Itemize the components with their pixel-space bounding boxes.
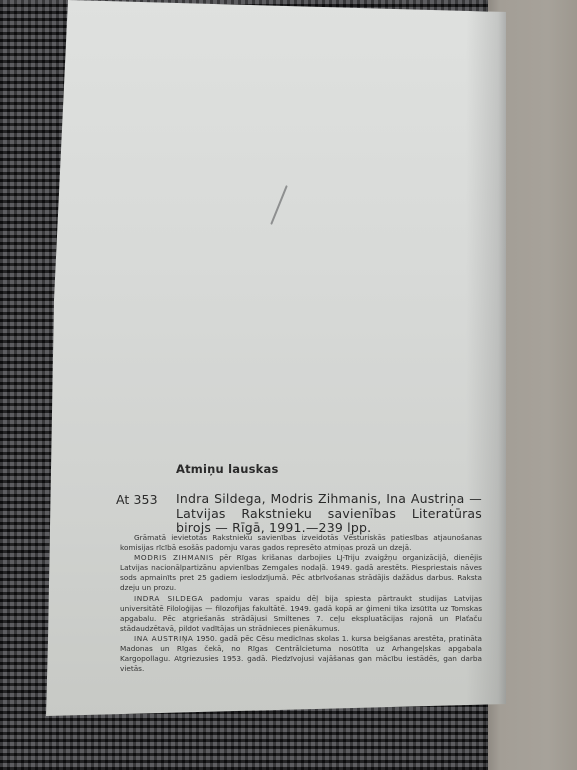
author-name: INA AUSTRIŅA — [134, 634, 194, 643]
annotation-paragraph: INDRA SILDEGA padomju varas spaidu dēļ b… — [120, 594, 482, 634]
catalog-code: At 353 — [116, 492, 158, 507]
annotation: Grāmatā ievietotas Rakstnieku savienības… — [120, 533, 482, 674]
annotation-paragraph: MODRIS ZIHMANIS pēr Rīgas krišanas darbo… — [120, 553, 482, 593]
author-name: MODRIS ZIHMANIS — [134, 553, 214, 562]
author-name: INDRA SILDEGA — [134, 594, 203, 603]
annotation-paragraph: Grāmatā ievietotas Rakstnieku savienības… — [120, 533, 482, 553]
book-title: Atmiņu lauskas — [176, 462, 279, 476]
bibliographic-text: Indra Sildega, Modris Zihmanis, Ina Aust… — [176, 492, 482, 536]
annotation-paragraph: INA AUSTRIŅA 1950. gadā pēc Cēsu medicīn… — [120, 634, 482, 674]
